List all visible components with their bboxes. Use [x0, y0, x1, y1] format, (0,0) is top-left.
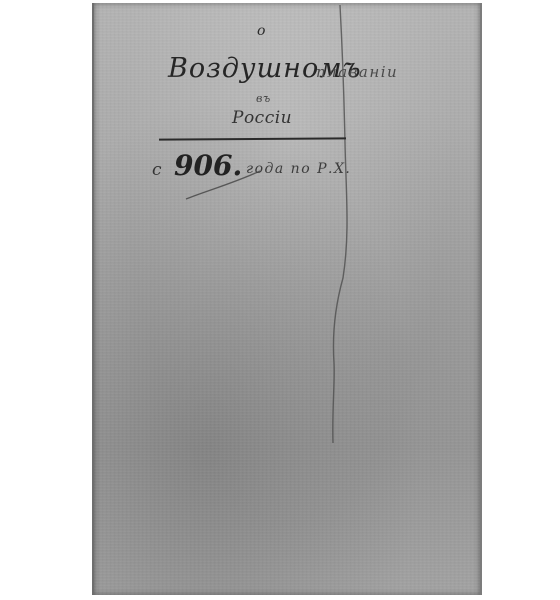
handwritten-date-prefix: с — [152, 160, 162, 180]
handwritten-date-year: 906. — [174, 149, 242, 182]
paper-crease-line — [94, 3, 480, 595]
handwritten-connector: въ — [256, 92, 271, 105]
handwritten-country: Россіи — [232, 108, 292, 128]
folder-cover-sheet: о Воздушномъ плаваніи въ Россіи с 906. г… — [92, 3, 482, 595]
handwritten-preposition: о — [257, 23, 266, 39]
handwritten-date-rest: года по Р.Х. — [246, 161, 351, 177]
handwritten-title-faint: плаваніи — [316, 63, 398, 81]
